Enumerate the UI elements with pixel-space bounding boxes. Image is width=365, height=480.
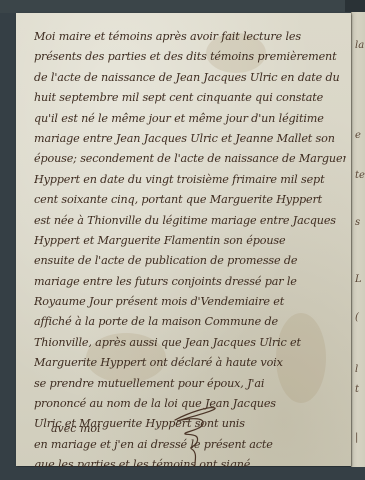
text-line: Marguerite Hyppert ont déclaré à haute v…: [34, 353, 346, 373]
text-line: ensuite de l'acte de publication de prom…: [34, 251, 346, 271]
adjacent-page-fragment: te: [355, 170, 365, 181]
text-line: Thionville, après aussi que Jean Jacques…: [34, 333, 346, 353]
text-line: Moi maire et témoins après avoir fait le…: [34, 27, 346, 47]
adjacent-page-fragment: s: [355, 217, 360, 228]
signature-flourish: [155, 402, 225, 467]
text-line: cent soixante cinq, portant que Margueri…: [34, 190, 346, 210]
adjacent-page-fragment: e: [355, 130, 361, 141]
adjacent-page-fragment: |: [355, 432, 358, 443]
adjacent-page-fragment: t: [355, 384, 359, 395]
text-line: huit septembre mil sept cent cinquante q…: [34, 88, 346, 108]
text-line: Hyppert et Marguerite Flamentin son épou…: [34, 231, 346, 251]
closing-text: avec moi: [51, 422, 101, 435]
adjacent-page-edge: la e te s L ( l t |: [351, 12, 365, 468]
adjacent-page-fragment: la: [355, 40, 364, 51]
document-page: Moi maire et témoins après avoir fait le…: [16, 13, 351, 466]
adjacent-page-fragment: (: [355, 312, 359, 323]
text-line: de l'acte de naissance de Jean Jacques U…: [34, 68, 346, 88]
adjacent-page-fragment: L: [355, 274, 362, 285]
scanner-backdrop-bottom: [0, 467, 365, 480]
scanner-backdrop-top: [0, 0, 365, 13]
text-line: est née à Thionville du légitime mariage…: [34, 211, 346, 231]
text-line: Hyppert en date du vingt troisième frima…: [34, 170, 346, 190]
text-line: se prendre mutuellement pour époux, J'ai: [34, 374, 346, 394]
text-line: mariage entre Jean Jacques Ulric et Jean…: [34, 129, 346, 149]
scanner-backdrop-corner: [345, 0, 365, 12]
text-line: Royaume Jour présent mois d'Vendemiaire …: [34, 292, 346, 312]
text-line: présents des parties et des dits témoins…: [34, 47, 346, 67]
text-line: mariage entre les futurs conjoints dress…: [34, 272, 346, 292]
text-line: épouse; secondement de l'acte de naissan…: [34, 149, 346, 169]
text-line: qu'il est né le même jour et même jour d…: [34, 109, 346, 129]
text-line: affiché à la porte de la maison Commune …: [34, 312, 346, 332]
adjacent-page-fragment: l: [355, 364, 358, 375]
